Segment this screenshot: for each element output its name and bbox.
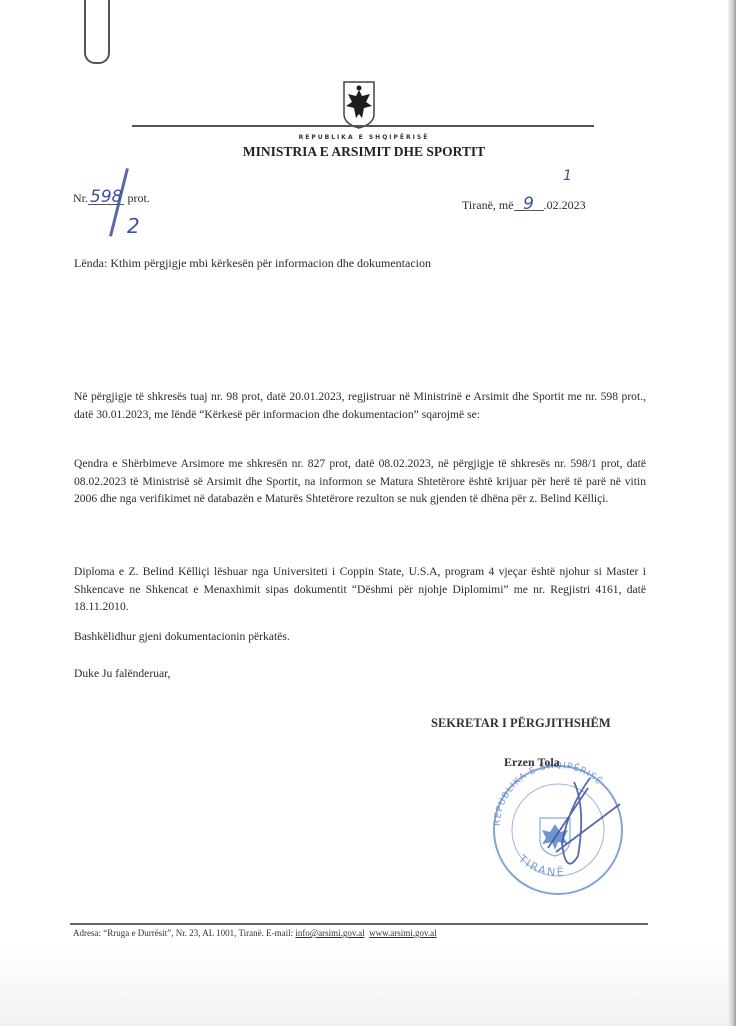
svg-text:TIRANË: TIRANË	[515, 852, 566, 879]
date-place: Tiranë, më	[462, 198, 514, 212]
document-date: Tiranë, më9.02.2023	[462, 198, 586, 213]
document-page: REPUBLIKA E SHQIPËRISË MINISTRIA E ARSIM…	[0, 0, 728, 1026]
page-edge-shadow	[728, 0, 736, 1026]
day-superscript: 1	[563, 168, 572, 184]
republic-label: REPUBLIKA E SHQIPËRISË	[0, 134, 728, 141]
stamp-top-text: REPUBLIKA E SHQIPËRISË	[493, 761, 605, 826]
signatory-name: Erzen Tola	[504, 755, 560, 770]
official-stamp-icon: REPUBLIKA E SHQIPËRISË TIRANË	[478, 748, 638, 898]
body-paragraph-1: Në përgjigje të shkresës tuaj nr. 98 pro…	[74, 388, 646, 423]
ministry-title: MINISTRIA E ARSIMIT DHE SPORTIT	[0, 144, 728, 160]
signatory-title: SEKRETAR I PËRGJITHSHËM	[431, 716, 611, 731]
header-divider	[132, 125, 594, 127]
footer-address: Adresa: “Rruga e Durrësit”, Nr. 23, AL 1…	[73, 928, 437, 938]
albanian-eagle-emblem-icon	[342, 80, 376, 130]
paperclip-icon	[84, 0, 110, 64]
nr-prefix: Nr.	[73, 191, 88, 205]
day-handwritten: 9	[514, 198, 544, 211]
subject-line: Lënda: Kthim përgjigje mbi kërkesën për …	[74, 256, 431, 271]
address-text: Adresa: “Rruga e Durrësit”, Nr. 23, AL 1…	[73, 928, 295, 938]
closing-line: Duke Ju falënderuar,	[74, 665, 646, 683]
date-month-year: .02.2023	[544, 198, 586, 212]
body-paragraph-3: Diploma e Z. Belind Këlliçi lëshuar nga …	[74, 563, 646, 616]
website-link[interactable]: www.arsimi.gov.al	[369, 928, 437, 938]
nr-sub-handwritten: 2	[127, 214, 140, 238]
body-paragraph-2: Qendra e Shërbimeve Arsimore me shkresën…	[74, 455, 646, 508]
footer-divider	[70, 923, 648, 925]
nr-suffix: prot.	[127, 191, 149, 205]
protocol-number: Nr.598 prot.	[73, 190, 150, 206]
stamp-bottom-text: TIRANË	[515, 852, 566, 879]
email-link[interactable]: info@arsimi.gov.al	[295, 928, 364, 938]
svg-text:REPUBLIKA E SHQIPËRISË: REPUBLIKA E SHQIPËRISË	[493, 761, 605, 826]
body-paragraph-4: Bashkëlidhur gjeni dokumentacionin përka…	[74, 628, 646, 646]
